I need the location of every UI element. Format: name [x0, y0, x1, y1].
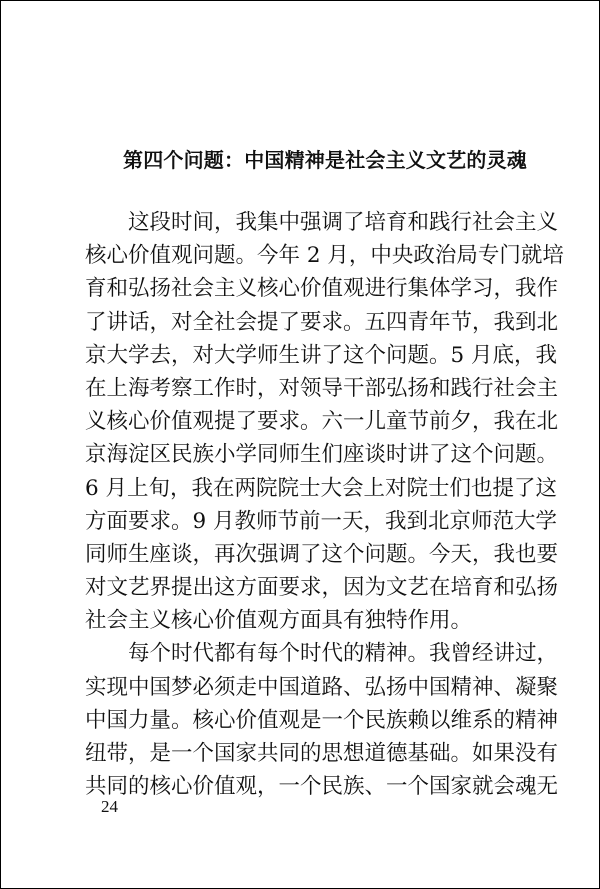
body-text: 这段时间，我集中强调了培育和践行社会主义 核心价值观问题。今年 2 月，中央政治… — [85, 206, 535, 803]
text-line: 对文艺界提出这方面要求，因为文艺在培育和弘扬 — [85, 571, 535, 604]
text-line: 社会主义核心价值观方面具有独特作用。 — [85, 604, 535, 637]
text-line: 在上海考察工作时，对领导干部弘扬和践行社会主 — [85, 372, 535, 405]
text-line: 共同的核心价值观，一个民族、一个国家就会魂无 — [85, 770, 535, 803]
text-line: 京海淀区民族小学同师生们座谈时讲了这个问题。 — [85, 438, 535, 471]
text-line: 了讲话，对全社会提了要求。五四青年节，我到北 — [85, 306, 535, 339]
text-line: 纽带，是一个国家共同的思想道德基础。如果没有 — [85, 737, 535, 770]
text-line: 同师生座谈，再次强调了这个问题。今天，我也要 — [85, 538, 535, 571]
text-line: 这段时间，我集中强调了培育和践行社会主义 — [85, 206, 535, 239]
text-line: 义核心价值观提了要求。六一儿童节前夕，我在北 — [85, 405, 535, 438]
text-line: 实现中国梦必须走中国道路、弘扬中国精神、凝聚 — [85, 671, 535, 704]
book-page: 第四个问题：中国精神是社会主义文艺的灵魂 这段时间，我集中强调了培育和践行社会主… — [0, 0, 600, 889]
text-line: 核心价值观问题。今年 2 月，中央政治局专门就培 — [85, 239, 535, 272]
text-line: 育和弘扬社会主义核心价值观进行集体学习，我作 — [85, 272, 535, 305]
section-heading: 第四个问题：中国精神是社会主义文艺的灵魂 — [123, 144, 527, 173]
text-line: 中国力量。核心价值观是一个民族赖以维系的精神 — [85, 704, 535, 737]
text-line: 每个时代都有每个时代的精神。我曾经讲过， — [85, 637, 535, 670]
page-number: 24 — [101, 797, 118, 817]
text-line: 京大学去，对大学师生讲了这个问题。5 月底，我 — [85, 339, 535, 372]
text-line: 方面要求。9 月教师节前一天，我到北京师范大学 — [85, 505, 535, 538]
text-line: 6 月上旬，我在两院院士大会上对院士们也提了这 — [85, 472, 535, 505]
